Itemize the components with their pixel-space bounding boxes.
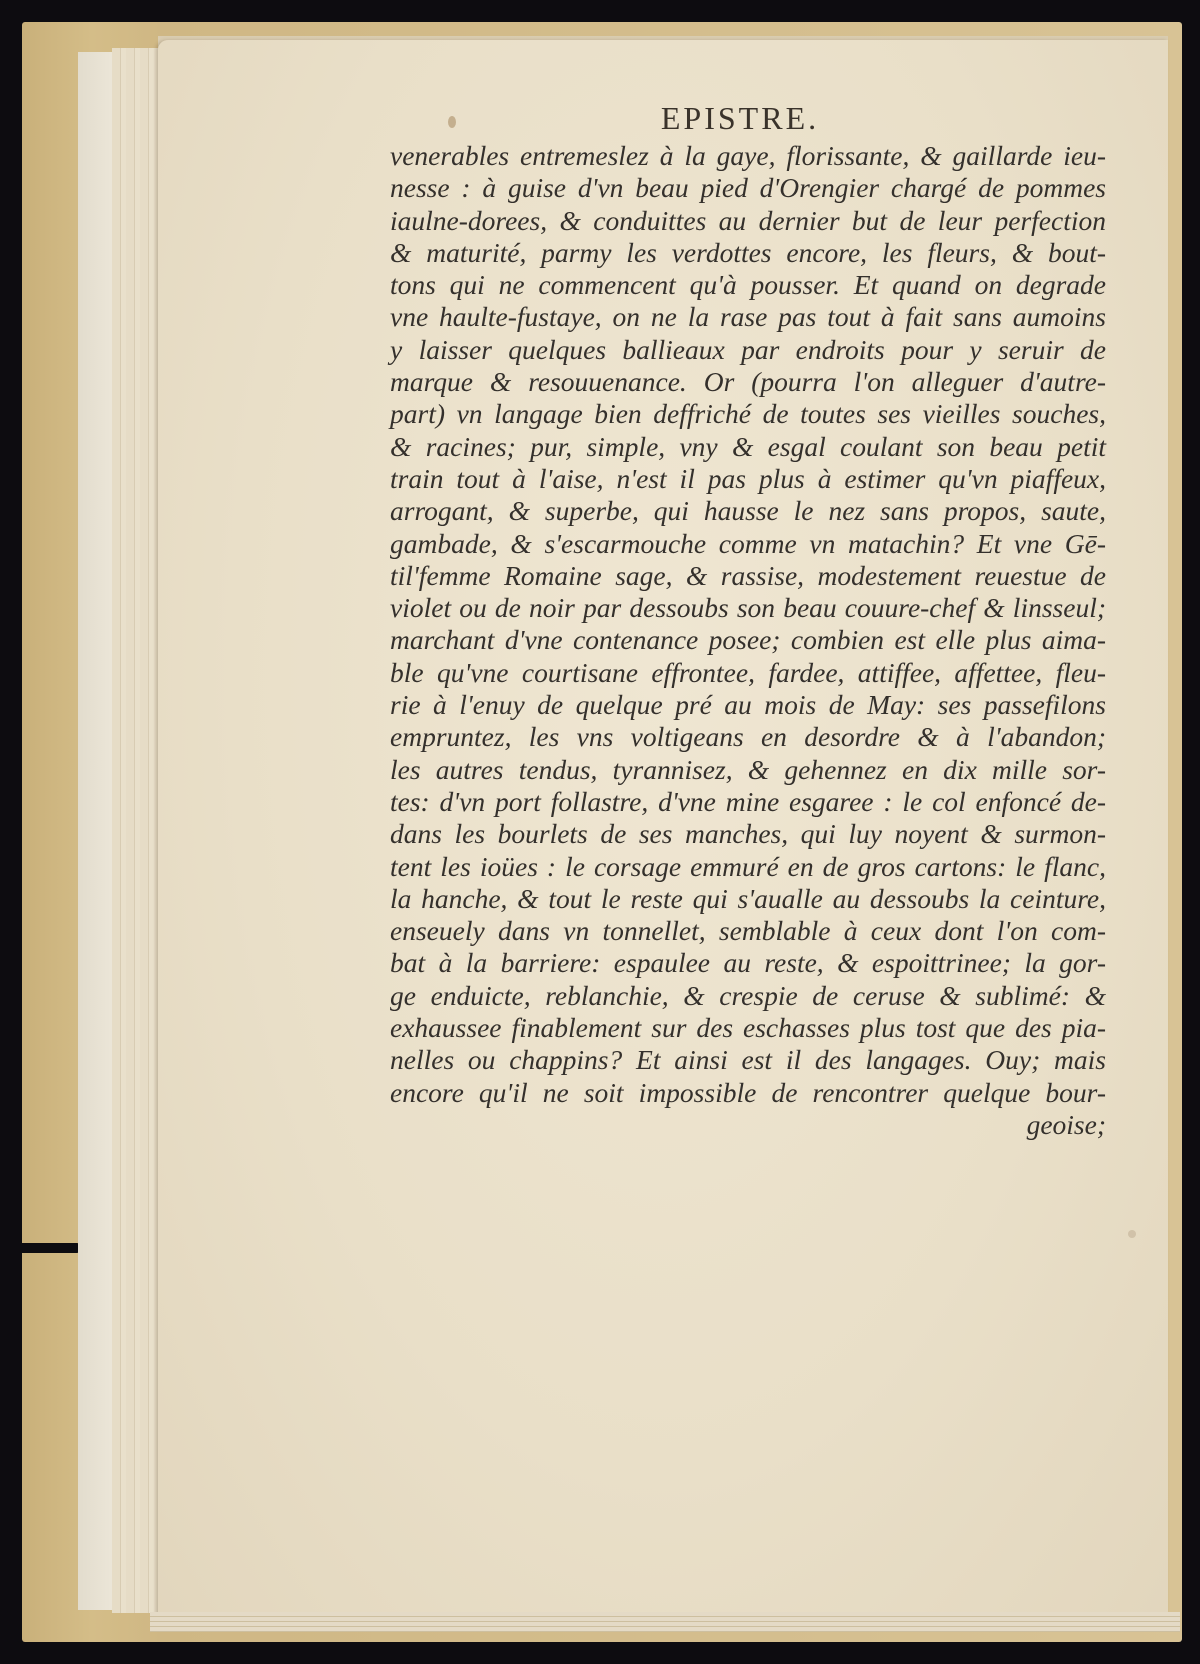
body-text: venerables entremeslez à la gaye, floris… [390, 140, 1106, 1141]
text-line: nelles ou chappins? Et ainsi est il des … [390, 1044, 1106, 1076]
text-line: & racines; pur, simple, vny & esgal coul… [390, 431, 1106, 463]
page-stack-edge [112, 48, 162, 1613]
text-line: til'femme Romaine sage, & rassise, modes… [390, 560, 1106, 592]
catchword: geoise; [390, 1109, 1106, 1141]
text-line: tons qui ne commencent qu'à pousser. Et … [390, 269, 1106, 301]
text-line: violet ou de noir par dessoubs son beau … [390, 592, 1106, 624]
text-line: la hanche, & tout le reste qui s'aualle … [390, 883, 1106, 915]
text-line: enseuely dans vn tonnellet, semblable à … [390, 915, 1106, 947]
text-line: exhaussee finablement sur des eschasses … [390, 1012, 1106, 1044]
foxing-spot [448, 116, 456, 128]
text-line: tent les ioües : le corsage emmuré en de… [390, 851, 1106, 883]
text-line: les autres tendus, tyrannisez, & gehenne… [390, 754, 1106, 786]
text-line: empruntez, les vns voltigeans en desordr… [390, 721, 1106, 753]
text-line: iaulne-dorees, & conduittes au dernier b… [390, 205, 1106, 237]
page-bottom-edges [150, 1612, 1180, 1632]
text-line: & maturité, parmy les verdottes encore, … [390, 237, 1106, 269]
text-line: arrogant, & superbe, qui hausse le nez s… [390, 495, 1106, 527]
text-line: venerables entremeslez à la gaye, floris… [390, 140, 1106, 172]
foxing-spot [1128, 1230, 1136, 1238]
text-line: marchant d'vne contenance posee; combien… [390, 624, 1106, 656]
text-line: bat à la barriere: espaulee au reste, & … [390, 947, 1106, 979]
text-line: dans les bourlets de ses manches, qui lu… [390, 818, 1106, 850]
text-line: part) vn langage bien deffriché de toute… [390, 398, 1106, 430]
text-line: ble qu'vne courtisane effrontee, fardee,… [390, 657, 1106, 689]
binding-tear [22, 1243, 82, 1253]
text-line: marque & resouuenance. Or (pourra l'on a… [390, 366, 1106, 398]
text-line: tes: d'vn port follastre, d'vne mine esg… [390, 786, 1106, 818]
text-line: train tout à l'aise, n'est il pas plus à… [390, 463, 1106, 495]
running-head: EPISTRE. [560, 100, 920, 137]
text-line: gambade, & s'escarmouche comme vn matach… [390, 528, 1106, 560]
text-line: nesse : à guise d'vn beau pied d'Orengie… [390, 172, 1106, 204]
text-line: y laisser quelques ballieaux par endroit… [390, 334, 1106, 366]
text-line: encore qu'il ne soit impossible de renco… [390, 1077, 1106, 1109]
text-line: ge enduicte, reblanchie, & crespie de ce… [390, 980, 1106, 1012]
text-line: rie à l'enuy de quelque pré au mois de M… [390, 689, 1106, 721]
text-line: vne haulte-fustaye, on ne la rase pas to… [390, 301, 1106, 333]
